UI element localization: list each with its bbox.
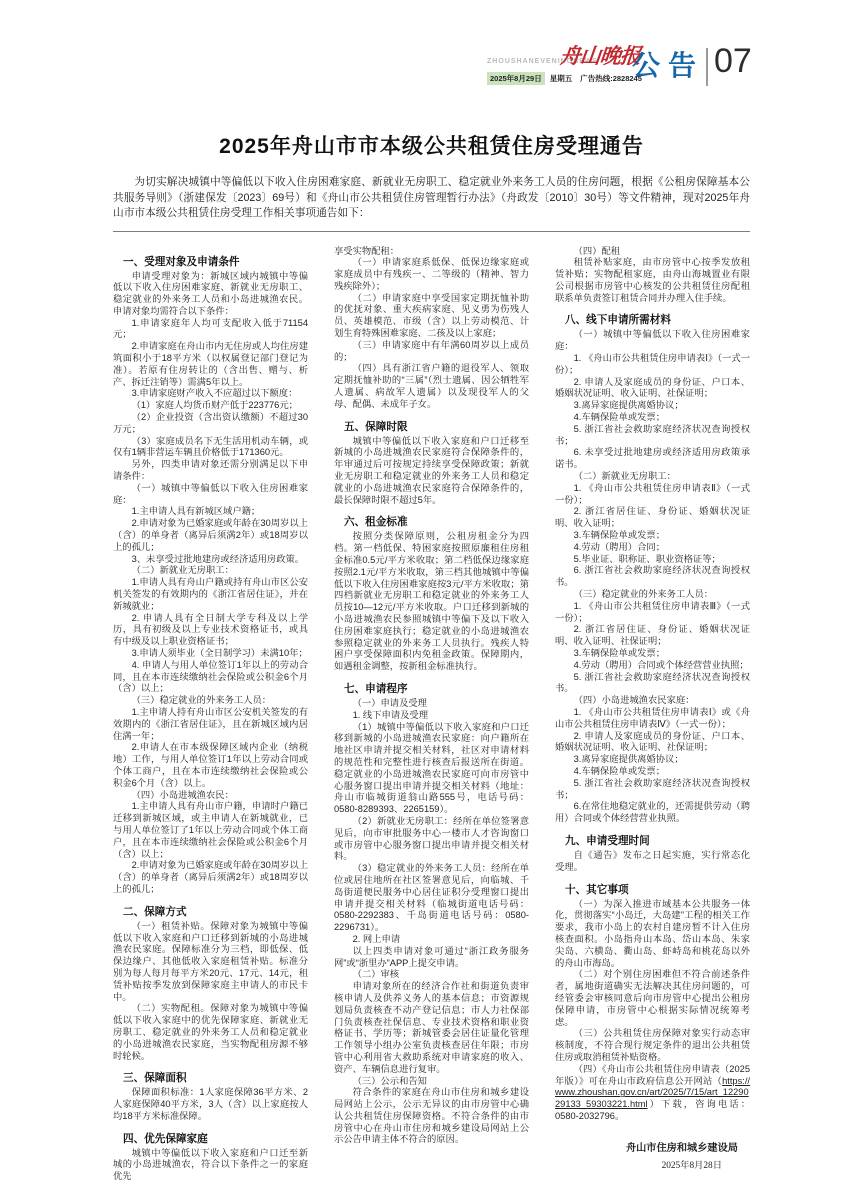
body-paragraph: 保障面积标准：1人家庭保障36平方米、2人家庭保障40平方米，3人（含）以上家庭… <box>113 1087 308 1122</box>
body-paragraph: （二）申请家庭中享受国家定期抚恤补助的优抚对象、重大疾病家庭、见义勇为伤残人员、… <box>334 293 529 340</box>
body-paragraph: 以上四类申请对象可通过“浙江政务服务网”或“浙里办”APP上提交申请。 <box>334 946 529 970</box>
body-paragraph: 6.在常住地稳定就业的，还需提供劳动（聘用）合同或个体经营营业执照。 <box>555 801 750 825</box>
body-paragraph: 3.车辆保险单或发票； <box>555 648 750 660</box>
body-paragraph: 5. 浙江省社会救助家庭经济状况查询授权书； <box>555 778 750 802</box>
body-paragraph: （二）实物配租。保障对象为城镇中等偏低以下收入家庭中的优先保障家庭、新就业无房职… <box>113 1003 308 1062</box>
section-heading: 六、租金标准 <box>334 516 529 528</box>
signature-organization: 舟山市住房和城乡建设局 <box>555 1139 750 1154</box>
body-paragraph: 2.申请家庭在舟山市内无住房或人均住房建筑面积小于18平方米（以权属登记部门登记… <box>113 341 308 388</box>
body-paragraph: 3.车辆保险单或发票； <box>555 530 750 542</box>
body-paragraph: 2.申请对象为已婚家庭或年龄在30周岁以上（含）的单身者（离异后须满2年）或18… <box>113 518 308 553</box>
body-paragraph: 2. 申请人及家庭成员的身份证、户口本、婚姻状况证明、收入证明、社保证明； <box>555 377 750 401</box>
body-paragraph: （三）稳定就业的外来务工人员： <box>113 695 308 707</box>
body-paragraph: 3.申请人须毕业（全日制学习）未满10年； <box>113 648 308 660</box>
body-paragraph: （2）新就业无房职工：经所在单位签署意见后，向市审批服务中心一楼市人才咨询窗口或… <box>334 816 529 863</box>
body-paragraph: 1.主申请人具有新城区域户籍； <box>113 506 308 518</box>
body-paragraph: （二）审核 <box>334 969 529 981</box>
body-paragraph: （四）《舟山市公共租赁住房申请表（2025年版）》可在舟山市政府信息公开网站（h… <box>555 1064 750 1123</box>
notice-title: 2025年舟山市市本级公共租赁住房受理通告 <box>113 130 750 160</box>
notice-body: 2025年舟山市市本级公共租赁住房受理通告 为切实解决城镇中等偏低以下收入住房困… <box>113 130 750 1183</box>
column-2: 享受实物配租：（一）申请家庭系低保、低保边缘家庭或家庭成员中有残疾一、二等级的（… <box>334 246 529 1147</box>
body-paragraph: 享受实物配租： <box>334 246 529 258</box>
body-paragraph: （二）对个别住房困难但不符合前述条件者，属地街道确实无法解决其住房问题的，可经管… <box>555 969 750 1028</box>
body-paragraph: 2. 浙江省居住证、身份证、婚姻状况证明、收入证明、社保证明； <box>555 624 750 648</box>
body-paragraph: 4.车辆保险单或发票； <box>555 766 750 778</box>
header-divider <box>706 48 708 86</box>
body-paragraph: 另外，四类申请对象还需分别满足以下申请条件： <box>113 459 308 483</box>
body-paragraph: 申请受理对象为：新城区域内城镇中等偏低以下收入住房困难家庭、新就业无房职工、稳定… <box>113 271 308 318</box>
body-paragraph: （四）具有浙江省户籍的退役军人、领取定期抚恤补助的“三属”（烈士遗属、因公牺牲军… <box>334 363 529 410</box>
body-paragraph: （一）为深入推进市域基本公共服务一体化，贯彻落实“小岛迁，大岛建”工程的相关工作… <box>555 899 750 970</box>
section-heading: 二、保障方式 <box>113 906 308 918</box>
column-3: （四）配租租赁补贴家庭，由市房管中心按季发放租赁补贴；实物配租家庭，由舟山海城置… <box>555 246 750 1171</box>
body-paragraph: （三）公共租赁住房保障对象实行动态审核制度，不符合现行规定条件的退出公共租赁住房… <box>555 1028 750 1063</box>
section-heading: 八、线下申请所需材料 <box>555 314 750 326</box>
page-number: 07 <box>714 42 752 81</box>
body-paragraph: （二）新就业无房职工： <box>555 471 750 483</box>
columns-container: 一、受理对象及申请条件申请受理对象为：新城区域内城镇中等偏低以下收入住房困难家庭… <box>113 246 750 1184</box>
body-paragraph: 城镇中等偏低以下收入家庭和户口迁至新城的小岛进城渔农，符合以下条件之一的家庭优先 <box>113 1148 308 1183</box>
body-paragraph: 2.申请人在市本级保障区域内企业（纳税地）工作，与用人单位签订1年以上劳动合同或… <box>113 742 308 789</box>
body-paragraph: 5.毕业证、职称证、职业资格证等； <box>555 554 750 566</box>
intro-rule <box>113 231 750 232</box>
signature-date: 2025年8月28日 <box>555 1157 750 1171</box>
body-paragraph: （一）租赁补贴。保障对象为城镇中等偏低以下收入家庭和户口迁移到新城的小岛进城渔农… <box>113 921 308 1004</box>
body-paragraph: 3.离异家庭提供离婚协议； <box>555 754 750 766</box>
section-heading: 三、保障面积 <box>113 1072 308 1084</box>
body-paragraph: （一）城镇中等偏低以下收入住房困难家庭： <box>113 483 308 507</box>
body-paragraph: 1. 《舟山市公共租赁住房申请表Ⅲ》（一式一份）； <box>555 601 750 625</box>
body-paragraph: 5. 浙江省社会救助家庭经济状况查询授权书。 <box>555 672 750 696</box>
body-paragraph: （3）稳定就业的外来务工人员：经所在单位或居住地所在社区签署意见后，向临城、千岛… <box>334 863 529 934</box>
body-paragraph: （三）稳定就业的外来务工人员： <box>555 589 750 601</box>
section-heading: 七、申请程序 <box>334 683 529 695</box>
body-paragraph: （一）城镇中等偏低以下收入住房困难家庭： <box>555 329 750 353</box>
section-heading: 十、其它事项 <box>555 884 750 896</box>
body-paragraph: （3）家庭成员名下无生活用机动车辆，或仅有1辆非营运车辆且价格低于171360元… <box>113 436 308 460</box>
body-paragraph: 申请对象所在的经济合作社和街道负责审核申请人及供养义务人的基本信息；市资源规划局… <box>334 981 529 1075</box>
body-paragraph: （1）城镇中等偏低以下收入家庭和户口迁移到新城的小岛进城渔农民家庭：向户籍所在地… <box>334 722 529 816</box>
body-paragraph: （1）家庭人均货币财产低于223776元； <box>113 400 308 412</box>
body-paragraph: 4.劳动（聘用）合同； <box>555 542 750 554</box>
body-paragraph: 按照分类保障原则，公租房租金分为四档。第一档低保、特困家庭按照原廉租住房租金标准… <box>334 531 529 673</box>
body-paragraph: 2. 申请人具有全日制大学专科及以上学历，具有初级及以上专业技术资格证书，或具有… <box>113 613 308 648</box>
column-1: 一、受理对象及申请条件申请受理对象为：新城区域内城镇中等偏低以下收入住房困难家庭… <box>113 246 308 1184</box>
body-paragraph: 1. 《舟山市公共租赁住房申请表Ⅰ》（一式一份）； <box>555 353 750 377</box>
link-paragraph-pre: （四）《舟山市公共租赁住房申请表（2025年版）》可在舟山市政府信息公开网站（ <box>555 1064 750 1086</box>
body-paragraph: 1.申请家庭年人均可支配收入低于71154元； <box>113 318 308 342</box>
body-paragraph: 4.劳动（聘用）合同或个体经营营业执照； <box>555 660 750 672</box>
body-paragraph: （一）申请及受理 <box>334 698 529 710</box>
ad-hotline: 广告热线:2828245 <box>580 74 642 83</box>
body-paragraph: 3.申请家庭财产收入不应超过以下额度： <box>113 388 308 400</box>
body-paragraph: （一）申请家庭系低保、低保边缘家庭或家庭成员中有残疾一、二等级的（精神、智力残疾… <box>334 257 529 292</box>
body-paragraph: （2）企业投资（含出资认缴额）不超过30万元； <box>113 412 308 436</box>
body-paragraph: 自《通告》发布之日起实施，实行常态化受理。 <box>555 850 750 874</box>
section-heading: 五、保障时限 <box>334 421 529 433</box>
body-paragraph: 2. 浙江省居住证、身份证、婚姻状况证明、收入证明； <box>555 506 750 530</box>
body-paragraph: 2. 申请人及家庭成员的身份证、户口本、婚姻状况证明、收入证明、社保证明； <box>555 731 750 755</box>
body-paragraph: 1. 线下申请及受理 <box>334 710 529 722</box>
section-heading: 四、优先保障家庭 <box>113 1133 308 1145</box>
body-paragraph: 3、未享受过批地建房或经济适用房政策。 <box>113 554 308 566</box>
body-paragraph: 租赁补贴家庭，由市房管中心按季发放租赁补贴；实物配租家庭，由舟山海城置业有限公司… <box>555 257 750 304</box>
body-paragraph: （四）小岛进城渔农民家庭： <box>555 695 750 707</box>
body-paragraph: （四）小岛进城渔农民： <box>113 790 308 802</box>
body-paragraph: （三）公示和告知 <box>334 1076 529 1088</box>
body-paragraph: 符合条件的家庭在舟山市住房和城乡建设局网站上公示，公示无异议的由市房管中心确认公… <box>334 1087 529 1146</box>
body-paragraph: 2.申请对象为已婚家庭或年龄在30周岁以上（含）的单身者（离异后须满2年）或18… <box>113 860 308 895</box>
newspaper-logo: 舟山晚报 <box>558 40 641 70</box>
body-paragraph: （三）申请家庭中有年满60周岁以上成员的； <box>334 340 529 364</box>
issue-date: 2025年8月29日 <box>487 72 545 85</box>
body-paragraph: 1. 《舟山市公共租赁住房申请表Ⅱ》（一式一份）； <box>555 483 750 507</box>
body-paragraph: 3.离异家庭提供离婚协议； <box>555 400 750 412</box>
body-paragraph: 5. 浙江省社会救助家庭经济状况查询授权书； <box>555 424 750 448</box>
body-paragraph: 4.车辆保险单或发票； <box>555 412 750 424</box>
body-paragraph: （二）新就业无房职工： <box>113 565 308 577</box>
body-paragraph: 6. 浙江省社会救助家庭经济状况查询授权书。 <box>555 565 750 589</box>
date-line: 2025年8月29日星期五广告热线:2828245 <box>487 72 642 85</box>
body-paragraph: 6. 未享受过批地建房或经济适用房政策承诺书。 <box>555 447 750 471</box>
notice-intro: 为切实解决城镇中等偏低以下收入住房困难家庭、新就业无房职工、稳定就业外来务工人员… <box>113 175 750 222</box>
body-paragraph: 城镇中等偏低以下收入家庭和户口迁移至新城的小岛进城渔农民家庭符合保障条件的，年审… <box>334 436 529 507</box>
section-label: 公告 <box>632 44 704 84</box>
body-paragraph: 2. 网上申请 <box>334 934 529 946</box>
weekday: 星期五 <box>550 74 573 83</box>
newspaper-page: ZHOUSHANEVENINGNEWS 舟山晚报 公告 07 2025年8月29… <box>0 0 842 1191</box>
body-paragraph: 4. 申请人与用人单位签订1年以上的劳动合同，且在本市连续缴纳社会保险或公积金6… <box>113 660 308 695</box>
body-paragraph: 1.主申请人持有舟山市区公安机关签发的有效期内的《浙江省居住证》，且在新城区域内… <box>113 707 308 742</box>
section-heading: 一、受理对象及申请条件 <box>113 256 308 268</box>
body-paragraph: 1.主申请人具有舟山市户籍，申请时户籍已迁移到新城区域，或主申请人在新城就业，已… <box>113 801 308 860</box>
section-heading: 九、申请受理时间 <box>555 835 750 847</box>
body-paragraph: 1.申请人具有舟山户籍或持有舟山市区公安机关签发的有效期内的《浙江省居住证》，并… <box>113 577 308 612</box>
body-paragraph: （四）配租 <box>555 246 750 258</box>
body-paragraph: 1. 《舟山市公共租赁住房申请表Ⅰ》或《舟山市公共租赁住房申请表Ⅳ》（一式一份）… <box>555 707 750 731</box>
